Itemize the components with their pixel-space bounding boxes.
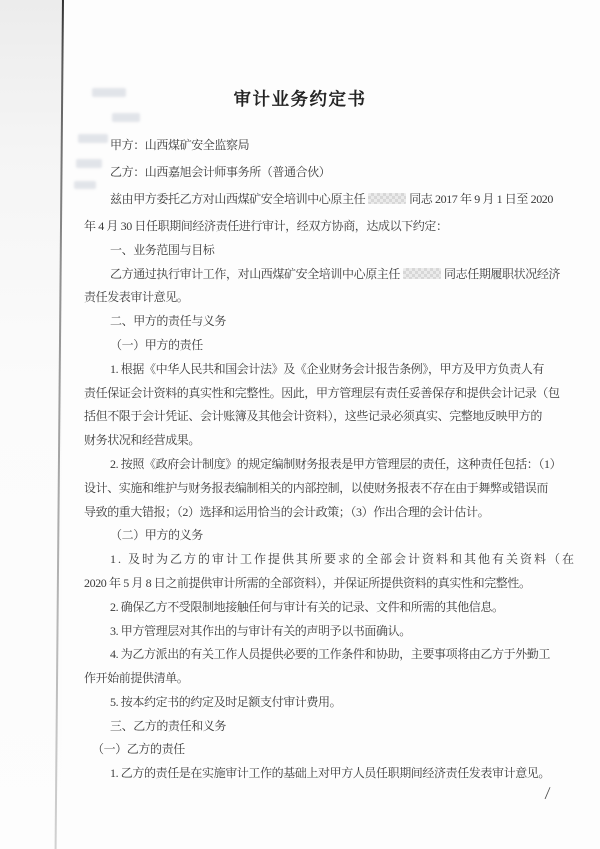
text-line: 括但不限于会计凭证、会计账簿及其他会计资料），这些记录必须真实、完整地反映甲方的 <box>84 405 554 429</box>
text-segment: 同志任期履职状况经济 <box>444 267 560 281</box>
text-line: 3. 甲方管理层对其作出的与审计有关的声明予以书面确认。 <box>84 620 554 644</box>
text-line: 1. 及时为乙方的审计工作提供其所要求的全部会计资料和其他有关资料（在 <box>84 548 554 572</box>
text-line: 作开始前提供清单。 <box>84 667 554 691</box>
text-line: （一）乙方的责任 <box>84 738 554 762</box>
page-left-margin-shade <box>0 0 62 849</box>
text-line: 兹由甲方委托乙方对山西煤矿安全培训中心原主任同志 2017 年 9 月 1 日至… <box>84 188 554 212</box>
text-line: 1. 根据《中华人民共和国会计法》及《企业财务会计报告条例》，甲方及甲方负责人有 <box>84 358 554 382</box>
text-line: 财务状况和经营成果。 <box>84 429 554 453</box>
text-line: 导致的重大错报；（2）选择和运用恰当的会计政策；（3）作出合理的会计估计。 <box>84 501 554 525</box>
text-line: 年 4 月 30 日任职期间经济责任进行审计，经双方协商，达成以下约定： <box>84 215 554 239</box>
text-line: （一）甲方的责任 <box>84 334 554 358</box>
text-line: 二、甲方的责任与义务 <box>84 310 554 334</box>
text-line: 甲方：山西煤矿安全监察局 <box>84 134 554 158</box>
text-segment: 乙方通过执行审计工作，对山西煤矿安全培训中心原主任 <box>110 267 400 281</box>
text-line: （二）甲方的义务 <box>84 524 554 548</box>
text-line: 责任保证会计资料的真实性和完整性。因此，甲方管理层有责任妥善保存和提供会计记录（… <box>84 382 554 406</box>
text-segment: 兹由甲方委托乙方对山西煤矿安全培训中心原主任 <box>110 192 365 206</box>
text-line: 责任发表审计意见。 <box>84 286 554 310</box>
document-body: 甲方：山西煤矿安全监察局乙方：山西嘉旭会计师事务所（普通合伙）兹由甲方委托乙方对… <box>84 134 554 786</box>
page-corner-mark: / <box>544 783 550 804</box>
text-line: 一、业务范围与目标 <box>84 239 554 263</box>
bleedthrough-mark <box>112 113 140 122</box>
text-line: 设计、实施和维护与财务报表编制相关的内部控制，以使财务报表不存在由于舞弊或错误而 <box>84 477 554 501</box>
text-line: 1. 乙方的责任是在实施审计工作的基础上对甲方人员任职期间经济责任发表审计意见。 <box>84 762 554 786</box>
scanned-page: 审计业务约定书 甲方：山西煤矿安全监察局乙方：山西嘉旭会计师事务所（普通合伙）兹… <box>0 0 600 849</box>
document-title: 审计业务约定书 <box>0 86 600 111</box>
text-segment: 同志 2017 年 9 月 1 日至 2020 <box>409 192 553 206</box>
text-line: 乙方：山西嘉旭会计师事务所（普通合伙） <box>84 161 554 185</box>
redacted-name-blur <box>368 193 406 204</box>
text-line: 5. 按本约定书的约定及时足额支付审计费用。 <box>84 691 554 715</box>
text-line: 乙方通过执行审计工作，对山西煤矿安全培训中心原主任同志任期履职状况经济 <box>84 263 554 287</box>
text-line: 2. 确保乙方不受限制地接触任何与审计有关的记录、文件和所需的其他信息。 <box>84 596 554 620</box>
redacted-name-blur <box>403 268 441 279</box>
text-line: 4. 为乙方派出的有关工作人员提供必要的工作条件和协助，主要事项将由乙方于外勤工 <box>84 643 554 667</box>
text-line: 2020 年 5 月 8 日之前提供审计所需的全部资料），并保证所提供资料的真实… <box>84 572 554 596</box>
text-line: 三、乙方的责任和义务 <box>84 715 554 739</box>
text-line: 2. 按照《政府会计制度》的规定编制财务报表是甲方管理层的责任，这种责任包括：（… <box>84 453 554 477</box>
